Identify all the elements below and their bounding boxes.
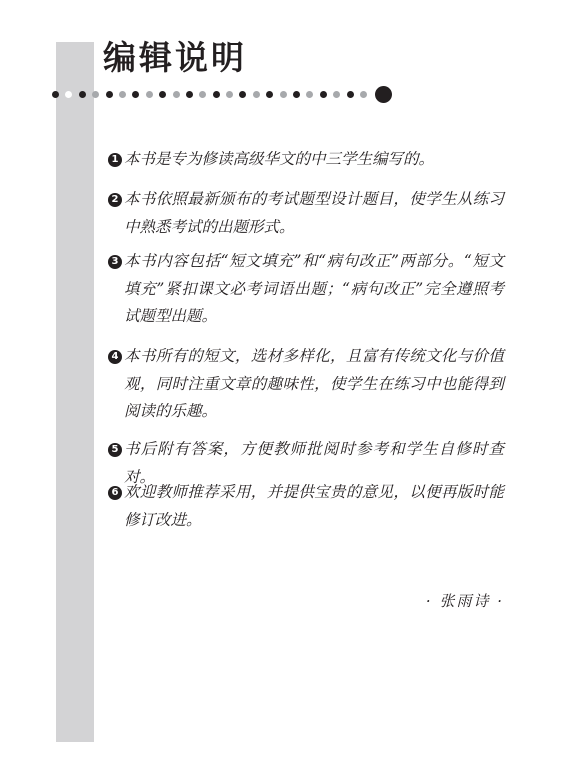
small-dot-icon	[186, 91, 193, 98]
list-item-text: 本书依照最新颁布的考试题型设计题目，使学生从练习中熟悉考试的出题形式。	[124, 186, 504, 241]
list-item: 2 本书依照最新颁布的考试题型设计题目，使学生从练习中熟悉考试的出题形式。	[108, 186, 504, 241]
small-dot-icon	[333, 91, 340, 98]
small-dot-icon	[199, 91, 206, 98]
small-dot-icon	[239, 91, 246, 98]
large-dot-icon	[375, 86, 392, 103]
author-name: · 张雨诗 ·	[426, 590, 504, 611]
small-dot-icon	[293, 91, 300, 98]
list-item-text: 本书内容包括“短文填充”和“病句改正”两部分。“短文填充”紧扣课文必考词语出题；…	[124, 248, 504, 331]
small-dot-icon	[253, 91, 260, 98]
list-item: 6 欢迎教师推荐采用，并提供宝贵的意见，以便再版时能修订改进。	[108, 479, 504, 534]
small-dot-icon	[79, 91, 86, 98]
list-item-text: 欢迎教师推荐采用，并提供宝贵的意见，以便再版时能修订改进。	[124, 479, 504, 534]
numbered-bullet: 5	[108, 443, 122, 457]
side-bar-decoration	[56, 42, 94, 742]
list-item: 1 本书是专为修读高级华文的中三学生编写的。	[108, 146, 504, 174]
small-dot-icon	[266, 91, 273, 98]
small-dot-icon	[119, 91, 126, 98]
small-dot-icon	[52, 91, 59, 98]
small-dot-icon	[173, 91, 180, 98]
list-item: 4 本书所有的短文，选材多样化，且富有传统文化与价值观，同时注重文章的趣味性，使…	[108, 343, 504, 426]
list-item-text: 本书所有的短文，选材多样化，且富有传统文化与价值观，同时注重文章的趣味性，使学生…	[124, 343, 504, 426]
numbered-bullet: 3	[108, 255, 122, 269]
small-dot-icon	[320, 91, 327, 98]
small-dot-icon	[92, 91, 99, 98]
small-dot-icon	[146, 91, 153, 98]
small-dot-icon	[213, 91, 220, 98]
dots-row	[52, 86, 392, 103]
numbered-bullet: 1	[108, 153, 122, 167]
small-dot-icon	[226, 91, 233, 98]
small-dot-icon	[65, 91, 72, 98]
numbered-bullet: 2	[108, 193, 122, 207]
small-dot-icon	[280, 91, 287, 98]
small-dot-icon	[106, 91, 113, 98]
small-dot-icon	[159, 91, 166, 98]
list-item: 3 本书内容包括“短文填充”和“病句改正”两部分。“短文填充”紧扣课文必考词语出…	[108, 248, 504, 331]
small-dot-icon	[360, 91, 367, 98]
book-page: 编辑说明 1 本书是专为修读高级华文的中三学生编写的。 2 本书依照最新颁布的考…	[0, 0, 562, 768]
small-dot-icon	[132, 91, 139, 98]
small-dot-icon	[347, 91, 354, 98]
list-item-text: 本书是专为修读高级华文的中三学生编写的。	[124, 146, 504, 174]
small-dot-icon	[306, 91, 313, 98]
numbered-bullet: 4	[108, 350, 122, 364]
numbered-bullet: 6	[108, 486, 122, 500]
page-title: 编辑说明	[103, 36, 247, 80]
